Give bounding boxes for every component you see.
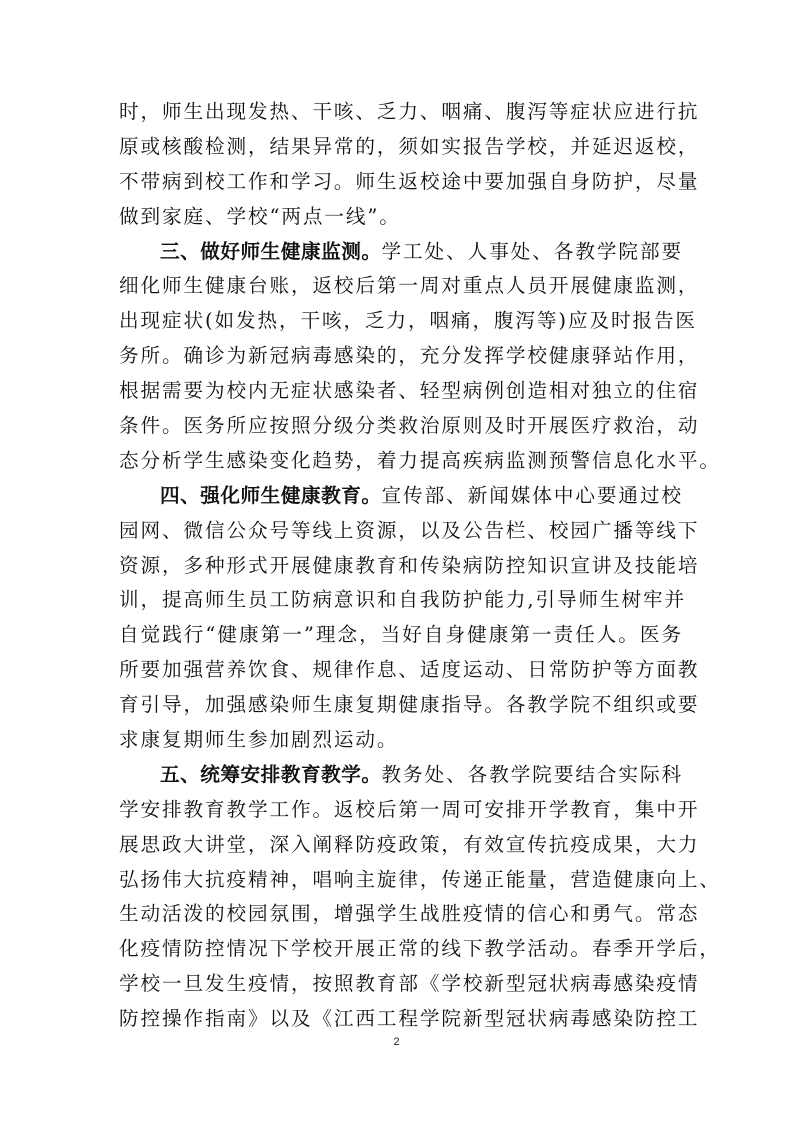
text-line: 自觉践行“健康第一”理念，当好自身健康第一责任人。医务 [119,618,683,653]
line-text: 化疫情防控情况下学校开展正常的线下教学活动。春季开学后， [119,937,721,960]
text-line: 出现症状(如发热，干咳，乏力，咽痛，腹泻等)应及时报告医 [119,304,683,339]
line-text: 细化师生健康台账，返校后第一周对重点人员开展健康监测， [119,274,699,297]
text-line: 原或核酸检测，结果异常的，须如实报告学校，并延迟返校， [119,130,683,165]
section-heading-line: 三、做好师生健康监测。学工处、人事处、各教学院部要 [119,235,683,270]
document-page: 时，师生出现发热、干咳、乏力、咽痛、腹泻等症状应进行抗原或核酸检测，结果异常的，… [0,0,793,1122]
line-text: 教务处、各教学院要结合实际科 [382,763,683,786]
line-text: 学校一旦发生疫情，按照教育部《学校新型冠状病毒感染疫情 [119,972,699,995]
line-text: 出现症状(如发热，干咳，乏力，咽痛，腹泻等)应及时报告医 [119,309,697,332]
line-text: 弘扬伟大抗疫精神，唱响主旋律，传递正能量，营造健康向上、 [119,868,721,891]
text-line: 所要加强营养饮食、规律作息、适度运动、日常防护等方面教 [119,653,683,688]
line-text: 资源，多种形式开展健康教育和传染病防控知识宣讲及技能培 [119,554,699,577]
text-line: 做到家庭、学校“两点一线”。 [119,200,683,235]
section-heading-line: 四、强化师生健康教育。宣传部、新闻媒体中心要通过校 [119,479,683,514]
text-line: 根据需要为校内无症状感染者、轻型病例创造相对独立的住宿 [119,374,683,409]
section-heading-line: 五、统筹安排教育教学。教务处、各教学院要结合实际科 [119,758,683,793]
line-text: 防控操作指南》以及《江西工程学院新型冠状病毒感染防控工 [119,1007,699,1030]
text-line: 训，提高师生员工防病意识和自我防护能力,引导师生树牢并 [119,583,683,618]
line-text: 态分析学生感染变化趋势，着力提高疾病监测预警信息化水平。 [119,449,721,472]
line-text: 展思政大讲堂，深入阐释防疫政策，有效宣传抗疫成果，大力 [119,833,699,856]
line-text: 不带病到校工作和学习。师生返校途中要加强自身防护，尽量 [119,170,699,193]
line-text: 学安排教育教学工作。返校后第一周可安排开学教育，集中开 [119,798,699,821]
text-line: 时，师生出现发热、干咳、乏力、咽痛、腹泻等症状应进行抗 [119,95,683,130]
text-line: 学校一旦发生疫情，按照教育部《学校新型冠状病毒感染疫情 [119,967,683,1002]
line-text: 条件。医务所应按照分级分类救治原则及时开展医疗救治，动 [119,414,699,437]
document-body: 时，师生出现发热、干咳、乏力、咽痛、腹泻等症状应进行抗原或核酸检测，结果异常的，… [119,95,683,1037]
text-line: 细化师生健康台账，返校后第一周对重点人员开展健康监测， [119,269,683,304]
text-line: 态分析学生感染变化趋势，着力提高疾病监测预警信息化水平。 [119,444,683,479]
line-text: 自觉践行“健康第一”理念，当好自身健康第一责任人。医务 [119,623,683,646]
line-text: 时，师生出现发热、干咳、乏力、咽痛、腹泻等症状应进行抗 [119,100,699,123]
text-line: 园网、微信公众号等线上资源，以及公告栏、校园广播等线下 [119,514,683,549]
text-line: 展思政大讲堂，深入阐释防疫政策，有效宣传抗疫成果，大力 [119,828,683,863]
section-heading: 四、强化师生健康教育。 [160,484,382,507]
line-text: 根据需要为校内无症状感染者、轻型病例创造相对独立的住宿 [119,379,699,402]
line-text: 原或核酸检测，结果异常的，须如实报告学校，并延迟返校， [119,135,699,158]
text-line: 生动活泼的校园氛围，增强学生战胜疫情的信心和勇气。常态 [119,897,683,932]
text-line: 弘扬伟大抗疫精神，唱响主旋律，传递正能量，营造健康向上、 [119,863,683,898]
line-text: 所要加强营养饮食、规律作息、适度运动、日常防护等方面教 [119,658,699,681]
text-line: 化疫情防控情况下学校开展正常的线下教学活动。春季开学后， [119,932,683,967]
line-text: 宣传部、新闻媒体中心要通过校 [382,484,683,507]
section-heading: 五、统筹安排教育教学。 [160,763,382,786]
text-line: 防控操作指南》以及《江西工程学院新型冠状病毒感染防控工 [119,1002,683,1037]
text-line: 不带病到校工作和学习。师生返校途中要加强自身防护，尽量 [119,165,683,200]
text-line: 务所。确诊为新冠病毒感染的，充分发挥学校健康驿站作用， [119,339,683,374]
line-text: 训，提高师生员工防病意识和自我防护能力,引导师生树牢并 [119,588,686,611]
line-text: 生动活泼的校园氛围，增强学生战胜疫情的信心和勇气。常态 [119,902,699,925]
section-heading: 三、做好师生健康监测。 [160,240,382,263]
line-text: 务所。确诊为新冠病毒感染的，充分发挥学校健康驿站作用， [119,344,699,367]
line-text: 做到家庭、学校“两点一线”。 [119,205,401,228]
text-line: 学安排教育教学工作。返校后第一周可安排开学教育，集中开 [119,793,683,828]
line-text: 育引导，加强感染师生康复期健康指导。各教学院不组织或要 [119,693,699,716]
text-line: 求康复期师生参加剧烈运动。 [119,723,683,758]
line-text: 学工处、人事处、各教学院部要 [382,240,683,263]
line-text: 园网、微信公众号等线上资源，以及公告栏、校园广播等线下 [119,519,699,542]
text-line: 资源，多种形式开展健康教育和传染病防控知识宣讲及技能培 [119,549,683,584]
text-line: 育引导，加强感染师生康复期健康指导。各教学院不组织或要 [119,688,683,723]
page-number: 2 [0,1036,793,1048]
line-text: 求康复期师生参加剧烈运动。 [119,728,398,751]
text-line: 条件。医务所应按照分级分类救治原则及时开展医疗救治，动 [119,409,683,444]
